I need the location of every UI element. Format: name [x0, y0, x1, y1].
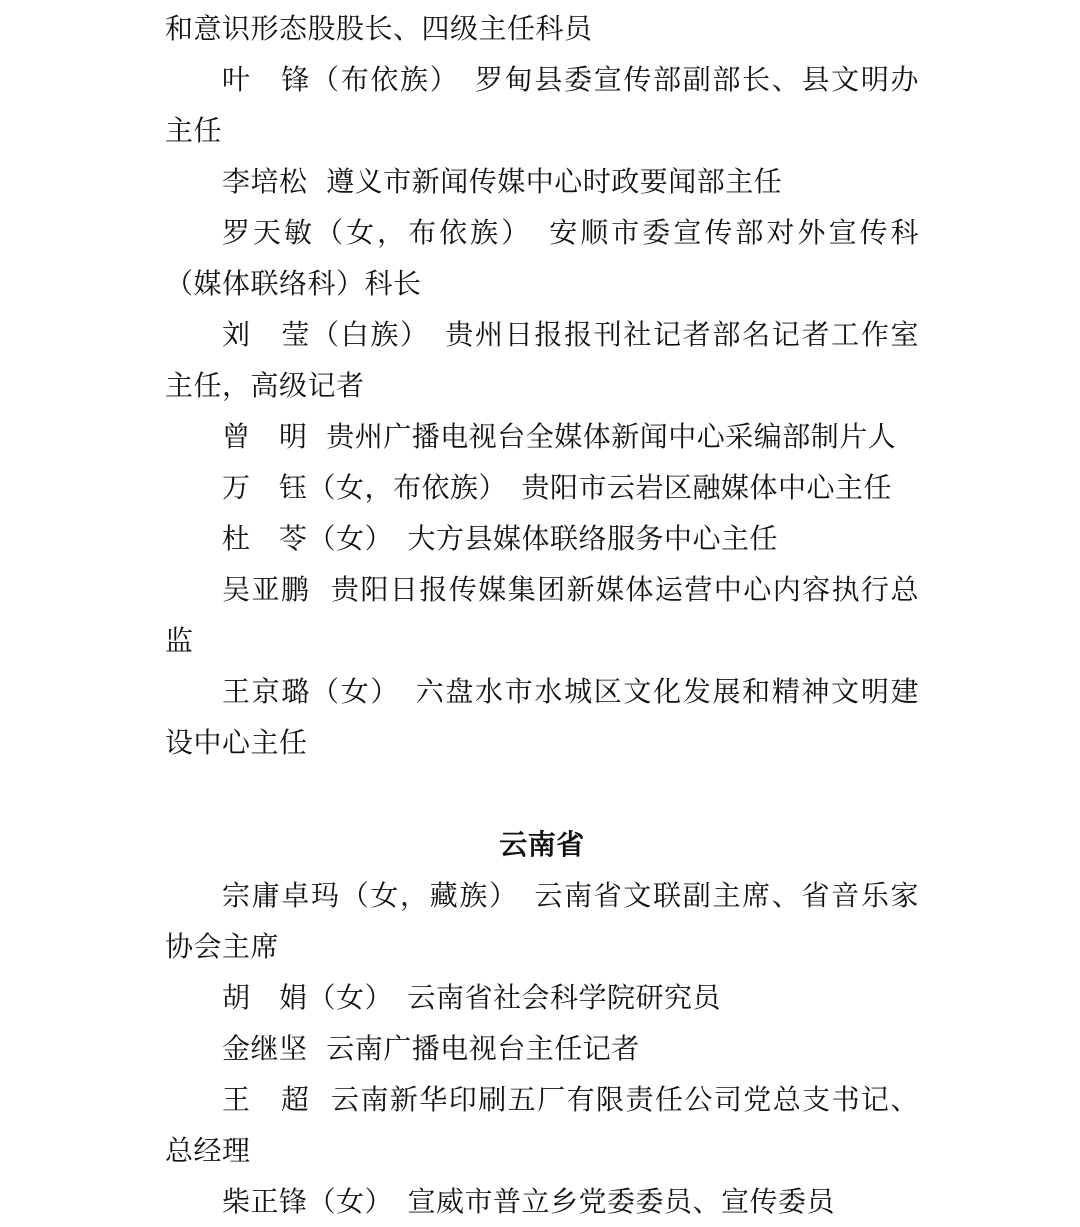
document-page: 和意识形态股股长、四级主任科员 叶 锋（布依族） 罗甸县委宣传部副部长、县文明办… — [165, 3, 919, 1227]
section-yunnan: 云南省 宗庸卓玛（女，藏族） 云南省文联副主席、省音乐家协会主席 胡 娟（女） … — [165, 768, 919, 1227]
entry-zeng-ming: 曾 明 贵州广播电视台全媒体新闻中心采编部制片人 — [165, 411, 919, 462]
entry-hu-juan: 胡 娟（女） 云南省社会科学院研究员 — [165, 972, 919, 1023]
entry-luo-tianmin: 罗天敏（女，布依族） 安顺市委宣传部对外宣传科（媒体联络科）科长 — [165, 207, 919, 309]
entry-wang-chao: 王 超 云南新华印刷五厂有限责任公司党总支书记、总经理 — [165, 1074, 919, 1176]
entry-ye-feng: 叶 锋（布依族） 罗甸县委宣传部副部长、县文明办主任 — [165, 54, 919, 156]
entry-du-ling: 杜 苓（女） 大方县媒体联络服务中心主任 — [165, 513, 919, 564]
entry-wan-yu: 万 钰（女，布依族） 贵阳市云岩区融媒体中心主任 — [165, 462, 919, 513]
entry-continuation: 和意识形态股股长、四级主任科员 — [165, 3, 919, 54]
entry-wu-yapeng: 吴亚鹏 贵阳日报传媒集团新媒体运营中心内容执行总监 — [165, 564, 919, 666]
province-heading: 云南省 — [165, 768, 919, 870]
entry-jin-jijian: 金继坚 云南广播电视台主任记者 — [165, 1023, 919, 1074]
section-guizhou-continued: 和意识形态股股长、四级主任科员 叶 锋（布依族） 罗甸县委宣传部副部长、县文明办… — [165, 3, 919, 768]
entry-wang-jinglu: 王京璐（女） 六盘水市水城区文化发展和精神文明建设中心主任 — [165, 666, 919, 768]
entry-chai-zhengfeng: 柴正锋（女） 宣威市普立乡党委委员、宣传委员 — [165, 1176, 919, 1227]
entry-li-peisong: 李培松 遵义市新闻传媒中心时政要闻部主任 — [165, 156, 919, 207]
entry-zongyong-zhuoma: 宗庸卓玛（女，藏族） 云南省文联副主席、省音乐家协会主席 — [165, 870, 919, 972]
entry-liu-ying: 刘 莹（白族） 贵州日报报刊社记者部名记者工作室主任，高级记者 — [165, 309, 919, 411]
